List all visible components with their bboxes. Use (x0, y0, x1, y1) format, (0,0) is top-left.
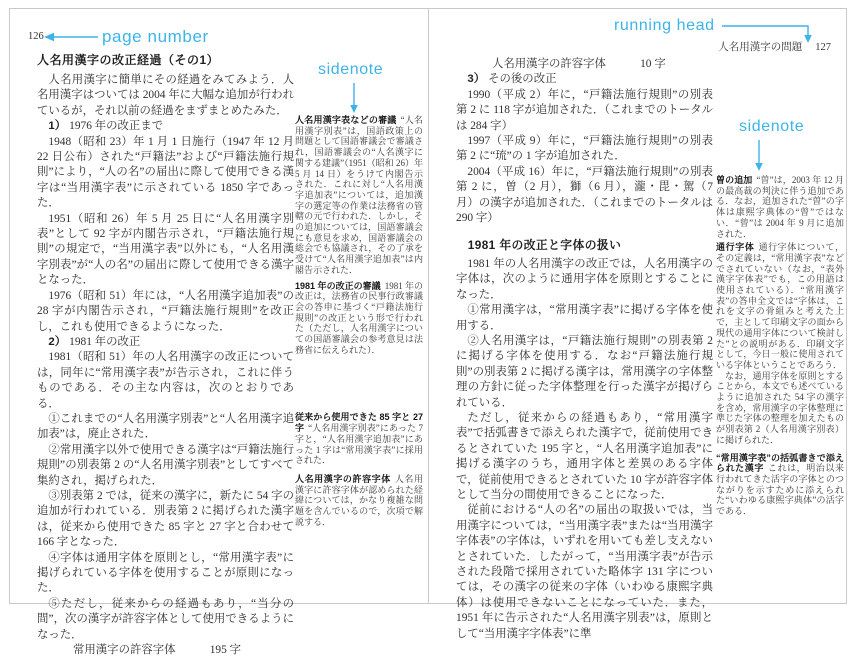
body-paragraph: ただし，従来からの経過もあり，“常用漢字表”で括弧書きで添えられた漢字で，従前使… (456, 411, 713, 503)
body-list-item: ④字体は通用字体を原則とし，“常用漢字表”に掲げられている字体を使用することが原… (37, 551, 294, 597)
body-paragraph: 1981 年の人名用漢字の改正では，人名用漢字の字体は，次のように通用字体を原則… (456, 257, 713, 303)
sidenote-arrow-left (350, 83, 358, 113)
subsection-number: 1） (48, 120, 66, 132)
page-divider (428, 9, 429, 603)
body-paragraph: 人名用漢字に簡単にその経過をみてみよう．人名用漢字はついては 2004 年に大幅… (37, 73, 294, 119)
sidenote-body: 通行字体について，その定義は，“常用漢字表”などでされていない（なお，“表外漢字… (716, 242, 844, 370)
left-page-number: 126 (28, 31, 44, 42)
body-list-item: ①常用漢字は，“常用漢字表”に掲げる字体を使用する． (456, 303, 713, 334)
sidenote-term: 人名用漢字の許容字体 (295, 474, 391, 484)
running-head-title: 人名用漢字の問題 (718, 42, 802, 53)
sidenote-term: 曽の追加 (716, 175, 752, 185)
body-list-item: ②人名用漢字は，“戸籍法施行規則”の別表第 2 に掲げる字体を使用する．なお“戸… (456, 334, 713, 411)
left-body-column: 人名用漢字に簡単にその経過をみてみよう．人名用漢字はついては 2004 年に大幅… (37, 73, 294, 611)
right-page-number: 127 (815, 42, 831, 53)
body-paragraph: 従前における“人の名”の届出の取扱いでは，当用漢字については，“当用漢字表”また… (456, 503, 713, 611)
sidenote: 通行字体通行字体について，その定義は，“常用漢字表”などでされていない（なお，“… (716, 242, 844, 445)
right-section-heading: 1981 年の改正と字体の扱い (456, 238, 713, 253)
sidenote: 人名用漢字表などの審議“人名用漢字別表”は，国語政策上の問題として国語審議会で審… (295, 115, 423, 276)
body-paragraph: 1981（昭和 51）年の人名用漢字の改正については，同年に“常用漢字表”が告示… (37, 350, 294, 412)
subsection-heading: 3）その後の改正 (456, 72, 713, 87)
sidenote-body: なお，通用字体を原則とすることから，本文でも述べているように追加された 54 字… (716, 371, 844, 446)
sidenote-term: 1981 年の改正の審議 (295, 281, 381, 291)
subsection-title: 1981 年の改正 (69, 336, 140, 348)
sidenote: 1981 年の改正の審議1981 年の改正は，法務省の民事行政審議会の答申に基づ… (295, 281, 423, 356)
subsection-heading: 2）1981 年の改正 (37, 335, 294, 350)
body-paragraph: 1990（平成 2）年に，“戸籍法施行規則”の別表第 2 に 118 字が追加さ… (456, 88, 713, 134)
body-list-item: ②常用漢字以外で使用できる漢字は“戸籍法施行規則”の別表第 2 の“人名用漢字別… (37, 443, 294, 489)
running-head: 人名用漢字の問題127 (718, 39, 831, 54)
sidenote-body: “人名用漢字別表”は，国語政策上の問題として国語審議会で審議され，国語審議会の“… (295, 115, 423, 275)
sidenote-term: 人名用漢字表などの審議 (295, 115, 397, 125)
sidenote-arrow-right (755, 140, 763, 171)
sidenote-body: “人名用漢字別表”にあった 7 字と，“人名用漢字追加表”にあった 1 字は“常… (295, 423, 423, 465)
body-paragraph: 1951（昭和 26）年 5 月 25 日に“人名用漢字別表”として 92 字が… (37, 212, 294, 289)
body-list-item: ③別表第 2 では，従来の漢字に，新たに 54 字の追加が行われている．別表第 … (37, 489, 294, 551)
sidenote: 曽の追加“曽”は，2003 年 12 月の最高裁の判決に伴う追加である．なお，追… (716, 175, 844, 239)
body-paragraph: 1997（平成 9）年に，“戸籍法施行規則”の別表第 2 に“琉”の 1 字が追… (456, 134, 713, 165)
body-list-item: ⑤ただし，従来からの経過もあり，“当分の間”，次の漢字が許容字体として使用できる… (37, 597, 294, 611)
annotation-running-head-label: running head (614, 17, 715, 35)
body-paragraph: 2004（平成 16）年に，“戸籍法施行規則”の別表第 2 に，曽（2 月），獅… (456, 165, 713, 227)
book-spread: 126 人名用漢字の改正経過（その1） 人名用漢字に簡単にその経過をみてみよう．… (9, 8, 847, 604)
left-sidenote-column: 人名用漢字表などの審議“人名用漢字別表”は，国語政策上の問題として国語審議会で審… (295, 115, 423, 528)
body-paragraph: 1948（昭和 23）年 1 月 1 日施行（1947 年 12 月 22 日公… (37, 135, 294, 212)
sidenote: “常用漢字表”の括弧書きで添えられた漢字これは，明治以来行われてきた活字の字体と… (716, 453, 844, 517)
annotation-sidenote-label-right: sidenote (739, 118, 804, 136)
annotation-sidenote-label-left: sidenote (318, 61, 383, 79)
right-body-column: 人名用漢字の許容字体 10 字 3）その後の改正 1990（平成 2）年に，“戸… (456, 57, 713, 611)
annotation-page-number-label: page number (102, 27, 209, 47)
right-sidenote-column: 曽の追加“曽”は，2003 年 12 月の最高裁の判決に伴う追加である．なお，追… (716, 175, 844, 517)
sidenote: 従来から使用できた 85 字と 27 字“人名用漢字別表”にあった 7 字と，“… (295, 412, 423, 466)
subsection-title: 1976 年の改正まで (69, 120, 163, 132)
kanji-count-line: 人名用漢字の許容字体 10 字 (456, 57, 713, 72)
subsection-number: 3） (467, 73, 485, 85)
sidenote-body: 1981 年の改正は，法務省の民事行政審議会の答申に基づく“戸籍法施行規則”の改… (295, 281, 423, 355)
body-paragraph: 1976（昭和 51）年には，“人名用漢字追加表”の 28 字が内閣告示され，“… (37, 289, 294, 335)
left-section-heading: 人名用漢字の改正経過（その1） (37, 51, 219, 68)
sidenote-term: 通行字体 (716, 242, 754, 252)
page-number-arrow (44, 33, 98, 41)
subsection-title: その後の改正 (488, 73, 556, 85)
sidenote: 人名用漢字の許容字体人名用漢字に許容字体が認められた経緯については，かなり複雑な… (295, 474, 423, 528)
body-list-item: ①これまでの“人名用漢字別表”と“人名用漢字追加表”は，廃止された． (37, 412, 294, 443)
subsection-number: 2） (48, 336, 66, 348)
subsection-heading: 1）1976 年の改正まで (37, 119, 294, 134)
